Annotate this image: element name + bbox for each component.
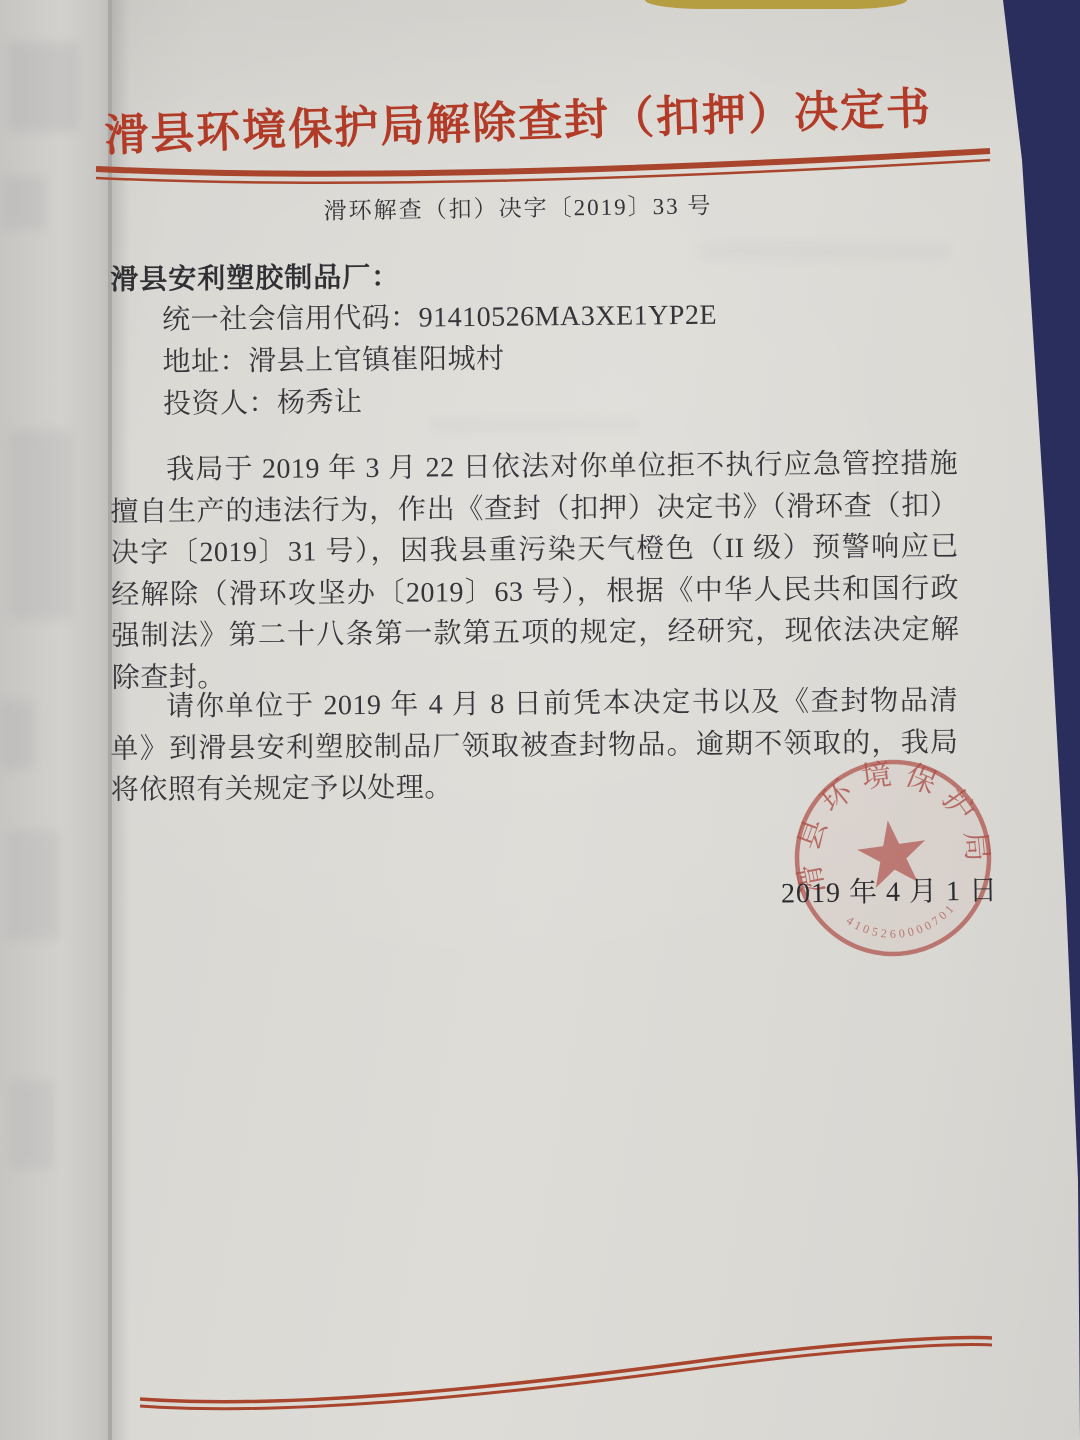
credit-code-value: 91410526MA3XE1YP2E <box>419 300 718 334</box>
investor-label: 投资人： <box>163 388 277 420</box>
address-value: 滑县上官镇崔阳城村 <box>248 344 505 377</box>
investor-line: 投资人：杨秀让 <box>163 379 718 426</box>
photographed-document: 滑县环境保护局解除查封（扣押）决定书 滑环解查（扣）决字〔2019〕33 号 滑… <box>0 0 1080 1440</box>
recipient-name: 滑县安利塑胶制品厂： <box>110 255 400 298</box>
investor-value: 杨秀让 <box>277 387 363 419</box>
bleed-through-mark <box>0 700 34 770</box>
credit-code-label: 统一社会信用代码： <box>162 303 419 336</box>
bleed-through-mark <box>700 242 950 260</box>
official-seal: 滑县环境保护局 4105260000701 <box>783 748 1003 968</box>
folder-edge <box>645 0 907 9</box>
issue-date: 2019 年 4 月 1 日 <box>781 868 999 911</box>
address-line: 地址：滑县上官镇崔阳城村 <box>162 337 717 384</box>
recipient-info: 统一社会信用代码：91410526MA3XE1YP2E 地址：滑县上官镇崔阳城村… <box>162 295 718 426</box>
address-label: 地址： <box>162 346 248 378</box>
bleed-through-mark <box>2 176 46 230</box>
bleed-through-mark <box>10 430 72 620</box>
bleed-through-mark <box>6 830 60 940</box>
body-paragraph-1: 我局于 2019 年 3 月 22 日依法对你单位拒不执行应急管控措施擅自生产的… <box>110 443 960 699</box>
footer-double-rule <box>95 1315 1005 1425</box>
credit-code-line: 统一社会信用代码：91410526MA3XE1YP2E <box>162 295 717 342</box>
bleed-through-mark <box>10 1080 54 1170</box>
